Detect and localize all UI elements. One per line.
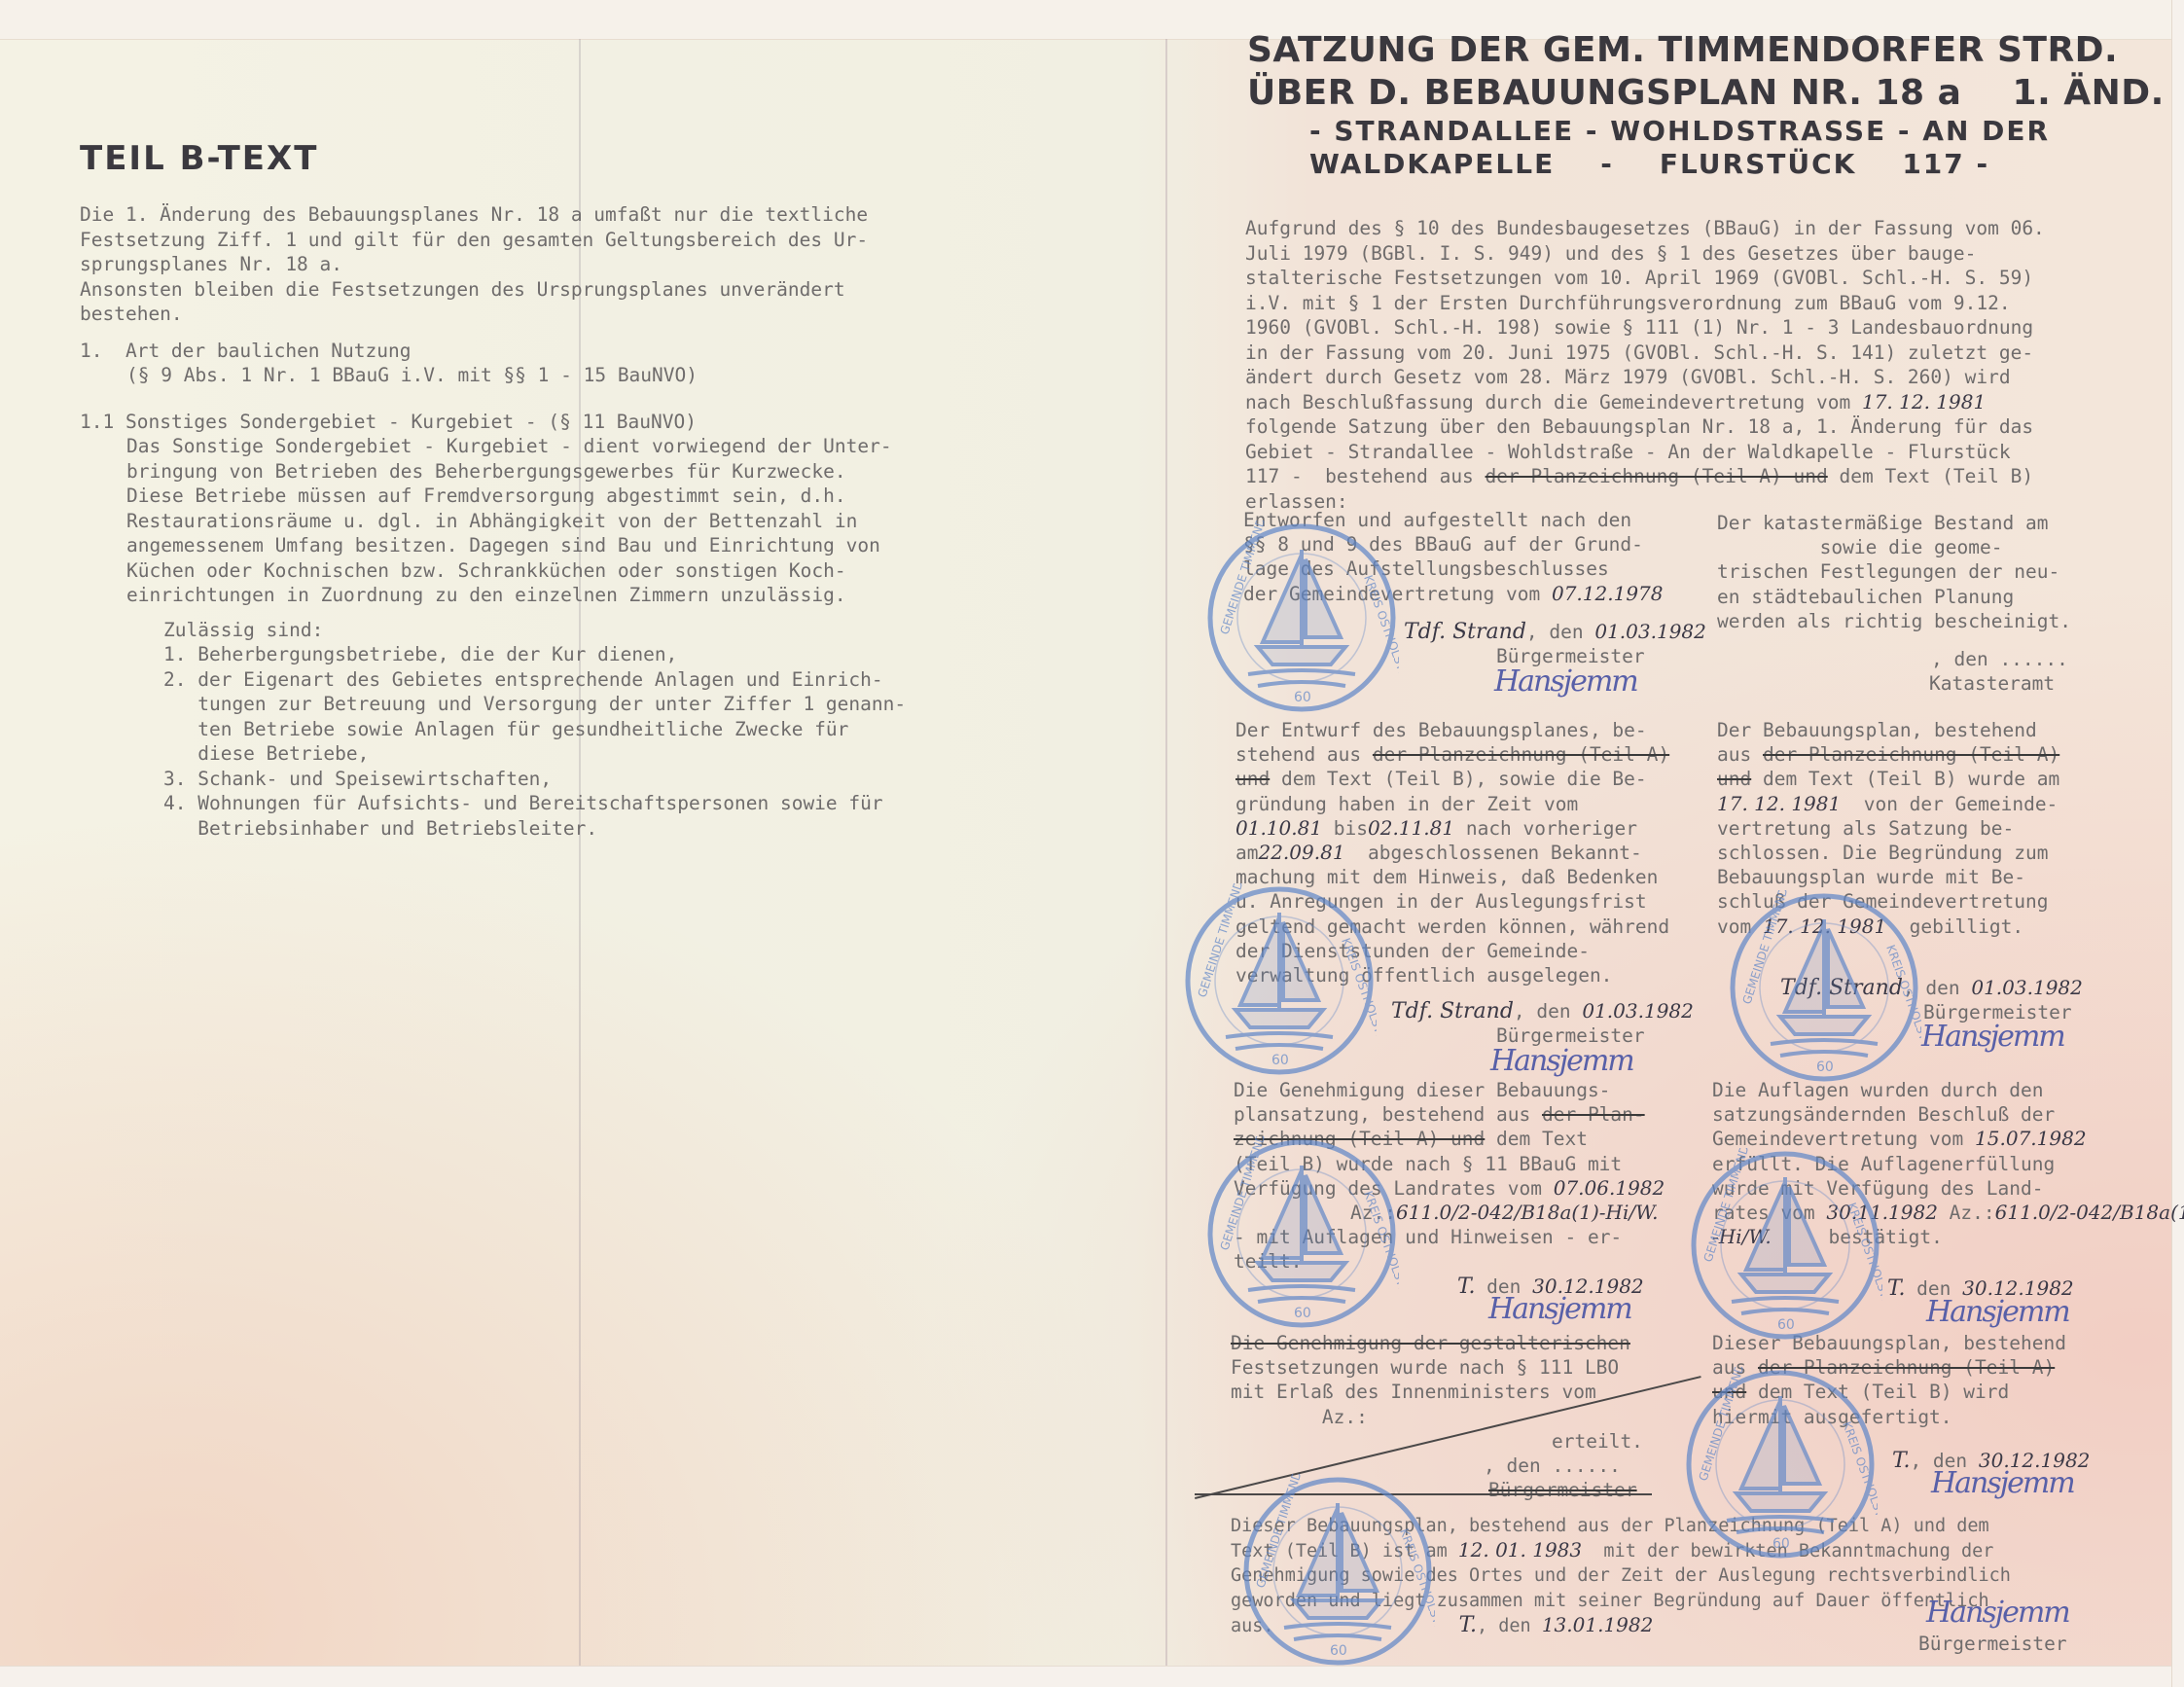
page-divider-crease [1165,39,1167,1666]
intro-line: Ansonsten bleiben die Festsetzungen des … [80,277,955,303]
intro-line: sprungsplanes Nr. 18 a. [80,252,955,277]
handwritten-date: 01.10.81 [1235,816,1322,840]
handwritten-date: 17. 12. 1981 [1763,915,1886,938]
preamble-line: nach Beschlußfassung durch die Gemeindev… [1245,390,2121,415]
signature: Hansjemm [1235,1049,1694,1074]
section-1-heading: 1. Art der baulichen Nutzung [80,339,955,364]
signer-label: Katasteramt [1717,671,2071,696]
handwritten-reference: 611.0/2-042/B18a(1) [1995,1201,2184,1224]
certification-auflagen: Die Auflagen wurden durch den satzungsän… [1712,1078,2184,1323]
signature: Hansjemm [1712,1302,2184,1323]
intro-line: Festsetzung Ziff. 1 und gilt für den ges… [80,228,955,253]
allowed-item: 2. der Eigenart des Gebietes entsprechen… [80,667,955,693]
preamble: Aufgrund des § 10 des Bundesbaugesetzes … [1245,216,2121,514]
allowed-item: tungen zur Betreuung und Versorgung der … [80,692,955,717]
signature: Hansjemm [1234,1299,1665,1320]
preamble-line: Juli 1979 (BGBl. I. S. 949) und des § 1 … [1245,241,2121,267]
signature: Hansjemm [1243,668,1706,696]
section-body-line: Küchen oder Kochnischen bzw. Schrankküch… [80,558,955,584]
certification-beschluss: Der Bebauungsplan, bestehend aus der Pla… [1717,718,2083,1050]
page-title-teil-b: TEIL B-TEXT [80,139,318,178]
intro-line: Die 1. Änderung des Bebauungsplanes Nr. … [80,202,955,228]
handwritten-date: 07.06.1982 [1554,1176,1665,1200]
struck-text: der Planzeichnung (Teil A) [1758,1356,2055,1379]
signature: Hansjemm [1926,1596,2069,1630]
preamble-line: i.V. mit § 1 der Ersten Durchführungsver… [1245,291,2121,316]
title-line: - STRANDALLEE - WOHLDSTRASSE - AN DER [1247,115,2123,148]
certification-ausfertigung: Dieser Bebauungsplan, bestehend aus der … [1712,1331,2090,1494]
certification-rechtsverbindlich: Dieser Bebauungsplan, bestehend aus der … [1231,1514,2011,1638]
signature: Hansjemm [1717,1024,2083,1050]
preamble-line: 1960 (GVOBl. Schl.-H. 198) sowie § 111 (… [1245,315,2121,341]
handwritten-place: T. [1459,1613,1477,1637]
handwritten-place: Tdf. Strand [1780,976,1903,1000]
preamble-line: in der Fassung vom 20. Juni 1975 (GVOBl.… [1245,341,2121,366]
handwritten-place: Tdf. Strand [1404,620,1526,644]
handwritten-date: 01.03.1982 [1582,999,1694,1023]
struck-text: der Planzeichnung (Teil A) [1763,743,2059,766]
struck-text: und [1712,1381,1746,1403]
handwritten-date: 22.09.81 [1258,841,1344,864]
handwritten-date: 17. 12. 1981 [1862,390,1986,413]
allowed-heading: Zulässig sind: [80,618,955,643]
certification-genehmigung: Die Genehmigung dieser Bebauungs- plansa… [1234,1078,1665,1320]
section-body-line: bringung von Betrieben des Beherbergungs… [80,459,955,485]
section-body-line: Restaurationsräume u. dgl. in Abhängigke… [80,509,955,534]
handwritten-date: 13.01.1982 [1542,1613,1654,1636]
handwritten-reference: 611.0/2-042/B18a(1)-Hi/W. [1396,1201,1659,1224]
title-line: ÜBER D. BEBAUUNGSPLAN NR. 18 a 1. ÄND. [1247,72,2123,115]
signature: Hansjemm [1712,1473,2090,1494]
signer-label: Bürgermeister [1918,1633,2067,1655]
allowed-item: 1. Beherbergungsbetriebe, die der Kur di… [80,642,955,667]
teil-b-text-body: Die 1. Änderung des Bebauungsplanes Nr. … [80,202,955,841]
page-edge-bottom [0,1666,2184,1687]
preamble-line: stalterische Festsetzungen vom 10. April… [1245,266,2121,291]
signer-label: Bürgermeister [1488,1479,1637,1501]
struck-text: der Plan- [1542,1103,1645,1126]
page-edge-right [2171,0,2184,1687]
section-body-line: Das Sonstige Sondergebiet - Kurgebiet - … [80,434,955,459]
struck-text: der Planzeichnung (Teil A) und [1486,465,1828,487]
intro-line: bestehen. [80,302,955,327]
section-body-line: einrichtungen in Zuordnung zu den einzel… [80,583,955,608]
handwritten-date: 12. 01. 1983 [1458,1538,1582,1561]
struck-text: und [1235,768,1270,790]
handwritten-date: 30.11.1982 [1826,1201,1938,1224]
handwritten-place: T. [1887,1276,1905,1301]
section-1-reference: (§ 9 Abs. 1 Nr. 1 BBauG i.V. mit §§ 1 - … [80,363,955,388]
allowed-item: 3. Schank- und Speisewirtschaften, [80,767,955,792]
struck-text: zeichnung (Teil A) und [1234,1128,1485,1150]
section-1-1-heading: 1.1 Sonstiges Sondergebiet - Kurgebiet -… [80,410,955,435]
preamble-line: Gebiet - Strandallee - Wohldstraße - An … [1245,440,2121,465]
struck-text: Die Genehmigung der gestalterischen [1231,1332,1630,1354]
certification-gestalterisch-crossed: Die Genehmigung der gestalterischen Fest… [1231,1331,1643,1502]
allowed-item: ten Betriebe sowie Anlagen für gesundhei… [80,717,955,742]
struck-text: der Planzeichnung (Teil A) [1373,743,1669,766]
preamble-line: Aufgrund des § 10 des Bundesbaugesetzes … [1245,216,2121,241]
title-line: SATZUNG DER GEM. TIMMENDORFER STRD. [1247,29,2123,72]
preamble-line: 117 - bestehend aus der Planzeichnung (T… [1245,464,2121,489]
certification-kataster: Der katastermäßige Bestand am sowie die … [1717,511,2071,696]
allowed-item: Betriebsinhaber und Betriebsleiter. [80,816,955,842]
handwritten-date: 15.07.1982 [1975,1127,2087,1150]
handwritten-date: 01.03.1982 [1594,620,1706,643]
certification-entwurf: Entworfen und aufgestellt nach den §§ 8 … [1243,508,1706,696]
handwritten-date: 02.11.81 [1368,816,1454,840]
section-body-line: angemessenem Umfang besitzen. Dagegen si… [80,533,955,558]
handwritten-place: Tdf. Strand [1391,999,1514,1023]
preamble-line: ändert durch Gesetz vom 28. März 1979 (G… [1245,365,2121,390]
struck-text: und [1717,768,1751,790]
handwritten-place: T. [1457,1274,1475,1299]
satzung-title: SATZUNG DER GEM. TIMMENDORFER STRD. ÜBER… [1247,29,2123,181]
handwritten-date: 17. 12. 1981 [1717,792,1841,815]
handwritten-date: 01.03.1982 [1971,976,2083,999]
title-line: WALDKAPELLE - FLURSTÜCK 117 - [1247,148,2123,181]
cross-out-horizontal [1195,1493,1652,1495]
certification-auslegung: Der Entwurf des Bebauungsplanes, be- ste… [1235,718,1694,1074]
handwritten-place: T. [1892,1449,1910,1473]
allowed-item: 4. Wohnungen für Aufsichts- und Bereitsc… [80,791,955,816]
section-body-line: Diese Betriebe müssen auf Fremdversorgun… [80,484,955,509]
handwritten-date: 07.12.1978 [1552,582,1664,605]
allowed-item: diese Betriebe, [80,741,955,767]
preamble-line: folgende Satzung über den Bebauungsplan … [1245,414,2121,440]
scanned-document: TEIL B-TEXT Die 1. Änderung des Bebauung… [0,0,2184,1687]
